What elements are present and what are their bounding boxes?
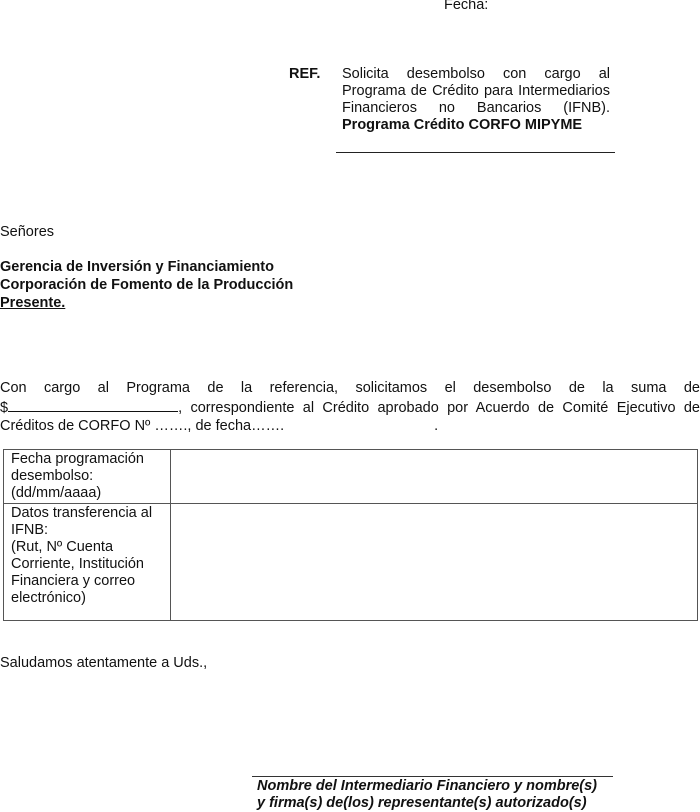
label-line: Corriente, Institución [11, 556, 163, 573]
label-line: Fecha programación [11, 451, 163, 468]
paragraph-line-2-text: , correspondiente al Crédito aprobado po… [178, 400, 700, 416]
paragraph-period: . [434, 418, 438, 434]
transfer-data-field[interactable] [171, 504, 698, 621]
table-row: Fecha programación desembolso: (dd/mm/aa… [4, 450, 698, 504]
label-line: IFNB: [11, 522, 163, 539]
amount-blank-field[interactable] [8, 397, 178, 412]
paragraph-line-2: $, correspondiente al Crédito aprobado p… [0, 397, 700, 417]
signature-caption-line-2: y firma(s) de(los) representante(s) auto… [257, 795, 597, 812]
disbursement-form-table: Fecha programación desembolso: (dd/mm/aa… [3, 449, 698, 621]
salutation: Señores [0, 224, 54, 241]
reference-description: Solicita desembolso con cargo al Program… [342, 66, 610, 116]
currency-symbol: $ [0, 400, 8, 416]
addressee-department: Gerencia de Inversión y Financiamiento [0, 258, 293, 276]
paragraph-line-3-text: Créditos de CORFO Nº ……., de fecha……. [0, 418, 284, 434]
disbursement-date-label: Fecha programación desembolso: (dd/mm/aa… [4, 450, 171, 504]
request-paragraph: Con cargo al Programa de la referencia, … [0, 379, 700, 435]
reference-program: Programa Crédito CORFO MIPYME [342, 117, 582, 133]
signature-caption: Nombre del Intermediario Financiero y no… [257, 778, 597, 812]
paragraph-line-1: Con cargo al Programa de la referencia, … [0, 379, 700, 397]
label-line: desembolso: [11, 468, 163, 485]
date-label: Fecha: [444, 0, 488, 14]
reference-label: REF. [289, 66, 320, 83]
disbursement-date-field[interactable] [171, 450, 698, 504]
addressee-presente: Presente. [0, 295, 65, 311]
label-line: (Rut, Nº Cuenta [11, 539, 163, 556]
label-line: Datos transferencia al [11, 505, 163, 522]
addressee-block: Gerencia de Inversión y Financiamiento C… [0, 258, 293, 312]
label-line: (dd/mm/aaaa) [11, 485, 163, 502]
addressee-organization: Corporación de Fomento de la Producción [0, 276, 293, 294]
signature-caption-line-1: Nombre del Intermediario Financiero y no… [257, 778, 597, 795]
table-row: Datos transferencia al IFNB: (Rut, Nº Cu… [4, 504, 698, 621]
paragraph-line-3: Créditos de CORFO Nº ……., de fecha…….. [0, 417, 700, 435]
signature-line [252, 776, 613, 777]
label-line: Financiera y correo [11, 573, 163, 590]
transfer-data-label: Datos transferencia al IFNB: (Rut, Nº Cu… [4, 504, 171, 621]
closing-text: Saludamos atentamente a Uds., [0, 655, 207, 672]
reference-text: Solicita desembolso con cargo al Program… [342, 66, 610, 134]
reference-underline [336, 152, 615, 153]
label-line: electrónico) [11, 590, 163, 607]
